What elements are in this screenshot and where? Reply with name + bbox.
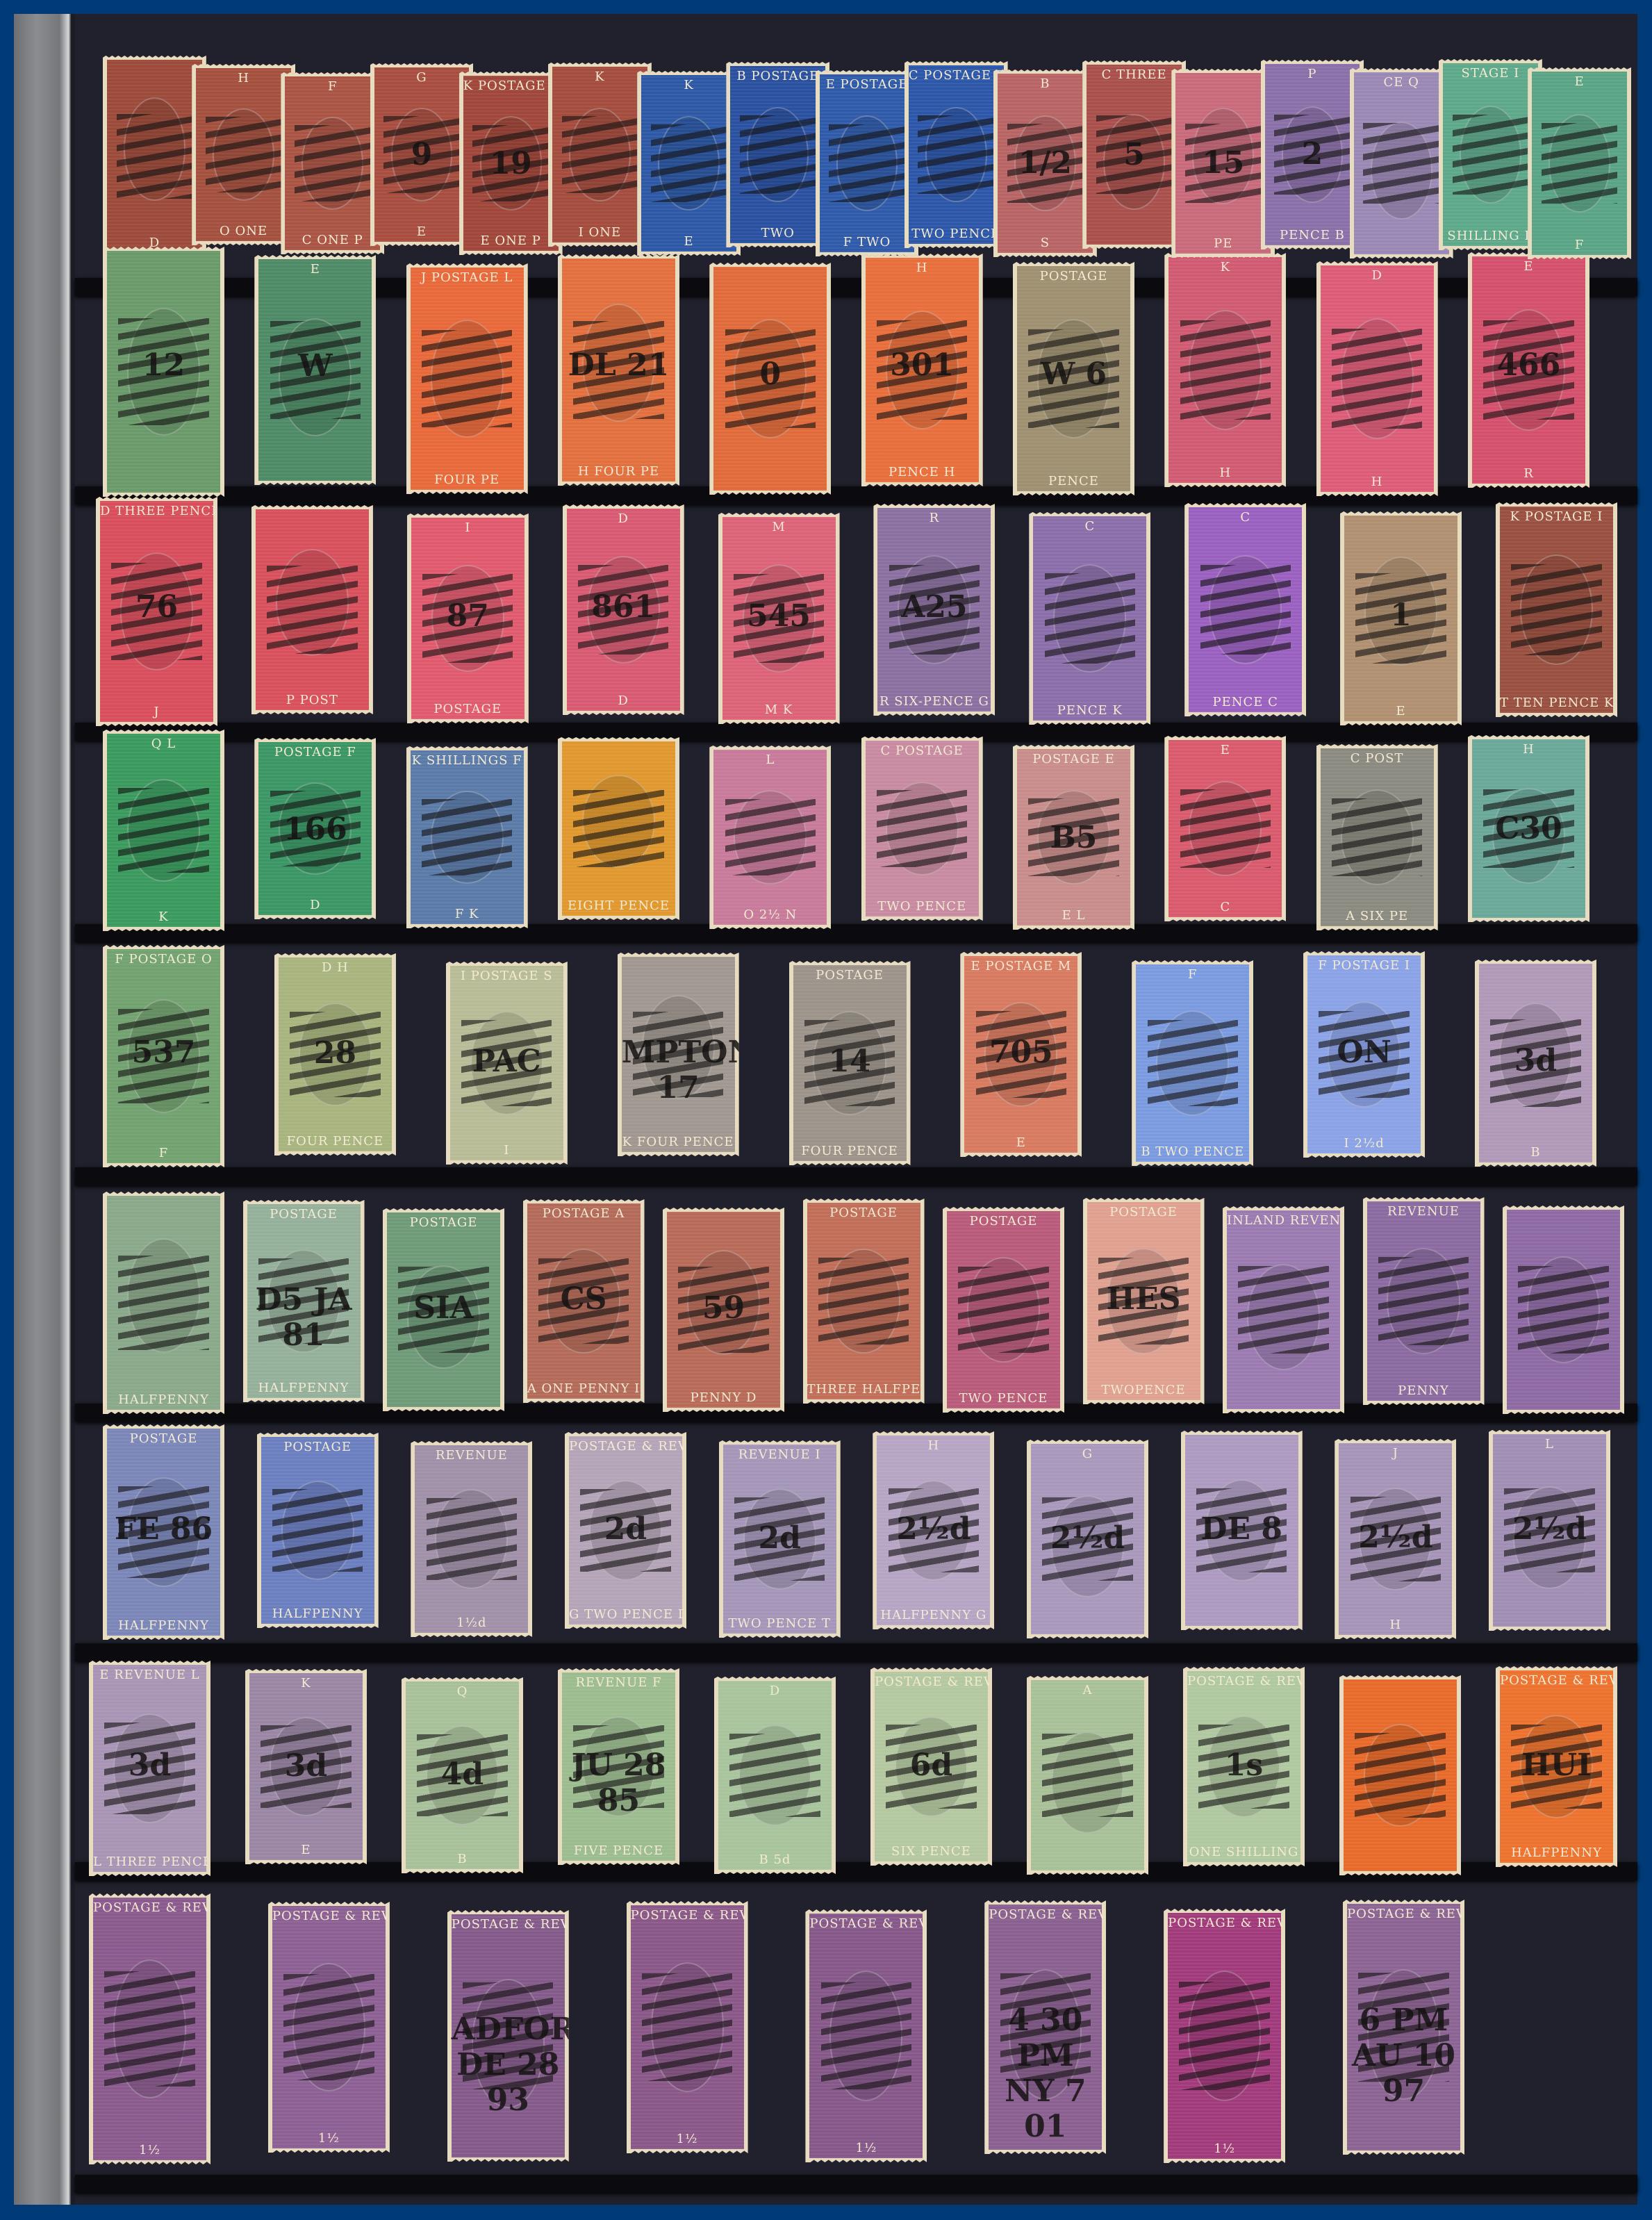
stamp-value-label: J bbox=[152, 702, 160, 722]
postmark-cancel bbox=[1378, 1257, 1469, 1345]
stamp: HHALFPENNY G2½d bbox=[873, 1431, 994, 1629]
stamp: POSTAGE & REVENUEADFORD DE 28 93 bbox=[447, 1910, 569, 2162]
postmark-number: 3d bbox=[1479, 1043, 1592, 1078]
stamp-top-label bbox=[1535, 964, 1537, 969]
postmark-cancel bbox=[283, 1974, 374, 2081]
postmark-cancel bbox=[1542, 123, 1617, 204]
stamp-top-label: B bbox=[1039, 74, 1051, 94]
stamp-value-label bbox=[1044, 2144, 1047, 2150]
stamp-value-label bbox=[1087, 1629, 1089, 1634]
stamp-top-label: A bbox=[1082, 1680, 1094, 1700]
postmark-number: 2½d bbox=[1339, 1520, 1452, 1555]
stamp-top-label: G bbox=[415, 67, 428, 88]
postmark-cancel bbox=[1453, 115, 1528, 195]
stamp: CPENCE C bbox=[1184, 503, 1306, 716]
stamp-value-label: 1½ bbox=[675, 2129, 700, 2149]
stamp-top-label: C POSTAGE B bbox=[907, 65, 1005, 85]
stamp: EIGHT PENCE bbox=[558, 737, 679, 920]
postmark-cancel bbox=[118, 788, 208, 873]
stamp: E1 bbox=[1340, 511, 1462, 725]
stamp-top-label: POSTAGE & REVENUE bbox=[873, 1672, 989, 1692]
stamp: E POSTAGE ME705 bbox=[960, 952, 1082, 1157]
stamp-top-label bbox=[163, 251, 165, 256]
stamp-top-label: C POST bbox=[1349, 748, 1405, 768]
stamp: EC bbox=[1164, 736, 1286, 921]
postmark-number: FE 86 bbox=[107, 1511, 220, 1547]
stamp-top-label bbox=[311, 509, 313, 515]
stamp-top-label: POSTAGE bbox=[129, 1429, 199, 1449]
postmark-cancel bbox=[1042, 1734, 1132, 1818]
stamp-top-label: POSTAGE & REVENUE bbox=[1166, 1913, 1282, 1933]
stamp-top-label: R bbox=[928, 508, 941, 528]
stamp: IPOSTAGE87 bbox=[407, 513, 529, 723]
stamp-value-label: 1½d bbox=[455, 1613, 488, 1633]
stamp: RR SIX-PENCE GA25 bbox=[873, 504, 995, 716]
stamp: POSTAGE & REVENUE1½ bbox=[805, 1909, 927, 2162]
stamp-top-label bbox=[1222, 73, 1225, 79]
stamp: C THREE5 bbox=[1082, 60, 1186, 249]
stamp: P POST bbox=[251, 505, 373, 714]
postmark-cancel bbox=[104, 1971, 195, 2087]
postmark-number: 0 bbox=[713, 356, 827, 392]
postmark-cancel bbox=[918, 115, 993, 194]
stamp-top-label: G bbox=[1081, 1444, 1094, 1464]
stamp-value-label: SIX PENCE bbox=[890, 1841, 973, 1861]
postmark-number: 14 bbox=[793, 1044, 907, 1079]
stamp-value-label: M K bbox=[763, 700, 795, 720]
stamp-value-label bbox=[314, 475, 317, 481]
stamp-value-label: PENNY bbox=[1396, 1381, 1451, 1401]
stamp-top-label: K POSTAGE I bbox=[1509, 507, 1605, 527]
stamp-top-label: J bbox=[1391, 1443, 1400, 1463]
stamp: EW bbox=[254, 255, 376, 485]
stamp: E POSTAGEF TWO bbox=[816, 70, 919, 256]
stamp-top-label bbox=[153, 60, 156, 65]
stamp: HC30 bbox=[1468, 735, 1589, 922]
stamp: POSTAGE & REVENUE6 PM AU 10 97 bbox=[1343, 1900, 1464, 2155]
postmark-number: A25 bbox=[877, 589, 991, 625]
stamp-value-label: TWOPENCE bbox=[1100, 1380, 1187, 1400]
stamp: J POSTAGE LFOUR PE bbox=[406, 263, 528, 494]
stamp: D THREE PENCE JJ76 bbox=[96, 497, 217, 726]
stamp: POSTAGE & REVENUEHALFPENNYHUI bbox=[1496, 1666, 1617, 1867]
stamp-value-label: I bbox=[502, 1140, 511, 1160]
stamp-top-label: POSTAGE & REVENUE bbox=[568, 1436, 684, 1456]
stamp-value-label: C ONE P bbox=[301, 230, 365, 250]
stamp-top-label: C THREE bbox=[1100, 65, 1168, 85]
stamp: I POSTAGE SIPAC bbox=[446, 962, 568, 1165]
stamp-value-label: B TWO PENCE bbox=[1139, 1142, 1246, 1162]
stock-strip-6 bbox=[75, 1404, 1637, 1422]
stamp-value-label: K bbox=[157, 907, 170, 927]
postmark-number: W 6 bbox=[1017, 356, 1130, 392]
stamp: C POSTAGE BTWO PENCE bbox=[905, 61, 1008, 248]
stamp-value-label: E bbox=[1395, 701, 1407, 721]
stamp-value-label: EIGHT PENCE bbox=[566, 896, 671, 916]
stamp-top-label: K bbox=[1219, 257, 1232, 277]
stamp: HO ONE bbox=[192, 64, 295, 245]
stamp: B3d bbox=[1475, 960, 1596, 1167]
postmark-number: 19 bbox=[463, 146, 559, 181]
postmark-cancel bbox=[1200, 565, 1291, 655]
postmark-cancel bbox=[427, 1498, 517, 1581]
stamp-value-label: HALFPENNY bbox=[257, 1378, 351, 1398]
postmark-number: 87 bbox=[411, 598, 524, 634]
stamp: B POSTAGETWO bbox=[726, 62, 829, 247]
postmark-number: ON bbox=[1307, 1035, 1421, 1070]
stamp-top-label bbox=[1240, 1435, 1243, 1440]
stamp-value-label: R bbox=[1522, 463, 1535, 484]
stamp-value-label: O ONE bbox=[218, 221, 269, 241]
stamp: POSTAGETWOPENCEHES bbox=[1083, 1198, 1205, 1404]
stamp bbox=[1503, 1206, 1624, 1414]
stamp: 0 bbox=[709, 263, 831, 495]
stamp-top-label: POSTAGE E bbox=[1031, 749, 1116, 769]
stamp-value-label: H bbox=[1370, 472, 1385, 492]
postmark-cancel bbox=[729, 1734, 820, 1817]
stamp-value-label: 1½ bbox=[317, 2128, 341, 2148]
stamp-top-label: POSTAGE & REVENUE bbox=[1186, 1671, 1302, 1691]
stamp: K SHILLINGS FF K bbox=[406, 746, 528, 928]
stamp-top-label: I POSTAGE S bbox=[459, 966, 554, 986]
postmark-number: MPTON 17 bbox=[622, 1035, 735, 1105]
stamp-value-label: I 2½d bbox=[1342, 1133, 1385, 1153]
stamp: 12 bbox=[103, 247, 224, 497]
postmark-number: C30 bbox=[1472, 811, 1585, 846]
postmark-number: 545 bbox=[722, 598, 836, 634]
stamp: JH2½d bbox=[1335, 1439, 1456, 1639]
stamp-value-label: 1½ bbox=[1212, 2139, 1237, 2159]
postmark-cancel bbox=[272, 1489, 363, 1571]
stamp-value-label: FOUR PENCE bbox=[800, 1141, 900, 1161]
stamp-value-label: HALFPENNY bbox=[271, 1604, 365, 1624]
stamp: QB4d bbox=[402, 1677, 523, 1873]
album-page: DHO ONEFC ONE PGE9K POSTAGE KE ONE P19KI… bbox=[75, 14, 1637, 2205]
stamp-value-label: T TEN PENCE K bbox=[1498, 693, 1614, 713]
stamp-value-label: A ONE PENNY I bbox=[526, 1379, 642, 1399]
stock-strip-5 bbox=[75, 1167, 1637, 1185]
postmark-cancel bbox=[642, 1973, 732, 2080]
stamp-top-label bbox=[1562, 1210, 1565, 1215]
stamp-value-label: 1½ bbox=[854, 2138, 878, 2158]
stamp-value-label: E ONE P bbox=[479, 231, 543, 251]
stamp-value-label bbox=[506, 2152, 509, 2157]
postmark-number: 2½d bbox=[1493, 1511, 1606, 1547]
stamp: POSTAGE AA ONE PENNY ICS bbox=[523, 1199, 645, 1403]
stamp-value-label: PENCE C bbox=[1212, 692, 1280, 712]
postmark-number: 705 bbox=[964, 1035, 1077, 1070]
stamp: POSTAGE & REVENUE1½ bbox=[1164, 1909, 1285, 2163]
postmark-cancel bbox=[422, 330, 512, 428]
stamp-value-label: P POST bbox=[285, 690, 340, 710]
postmark-number: 1 bbox=[1344, 598, 1457, 633]
postmark-cancel bbox=[562, 116, 638, 193]
stamp-value-label: D bbox=[308, 895, 322, 915]
postmark-number: 28 bbox=[279, 1035, 392, 1071]
stamp-top-label bbox=[163, 1196, 165, 1201]
stamp-top-label: CE Q bbox=[1382, 72, 1420, 92]
stamp-top-label: H bbox=[1521, 739, 1536, 759]
postmark-number: 166 bbox=[258, 812, 372, 847]
postmark-cancel bbox=[1332, 798, 1422, 877]
stamp: POSTAGE & REVENUEG TWO PENCE D2d bbox=[565, 1432, 686, 1629]
stock-strip-3 bbox=[75, 723, 1637, 741]
stamp-value-label: F TWO bbox=[842, 232, 892, 252]
postmark-number: 59 bbox=[667, 1290, 780, 1326]
stamp: GE9 bbox=[370, 63, 474, 246]
stamp-value-label: F bbox=[158, 1143, 170, 1163]
stamp: REVENUEPENNY bbox=[1363, 1197, 1485, 1405]
stamp: KH bbox=[1164, 253, 1286, 487]
stamp-top-label: POSTAGE & REVENUE bbox=[92, 1898, 208, 1918]
stamp-value-label: TWO PENCE bbox=[958, 1388, 1050, 1408]
stamp bbox=[1339, 1675, 1461, 1875]
stamp-value-label: TWO PENCE bbox=[876, 896, 968, 916]
stock-strip-7 bbox=[75, 1643, 1637, 1661]
postmark-cancel bbox=[1180, 320, 1271, 420]
stamp: DD861 bbox=[563, 504, 684, 715]
postmark-cancel bbox=[818, 1258, 909, 1345]
stamp: ER466 bbox=[1468, 252, 1589, 488]
stamp-value-label: PE bbox=[1212, 233, 1234, 254]
stamp: G2½d bbox=[1027, 1440, 1148, 1638]
stamp-top-label: REVENUE bbox=[434, 1445, 509, 1465]
postmark-number: 301 bbox=[866, 347, 979, 383]
stamp: H FOUR PEDL 21 bbox=[558, 254, 679, 486]
stamp-top-label: D THREE PENCE J bbox=[99, 501, 215, 521]
stamp: POSTAGEPENCEW 6 bbox=[1013, 262, 1134, 495]
postmark-number: 4d bbox=[406, 1757, 519, 1792]
stamp-top-label: F POSTAGE O bbox=[113, 949, 213, 969]
stamp: INLAND REVENUE bbox=[1223, 1206, 1344, 1413]
stamp-top-label: B POSTAGE bbox=[735, 66, 820, 86]
stamp-value-label: C bbox=[1219, 897, 1232, 917]
stamp-top-label: REVENUE bbox=[1386, 1201, 1461, 1222]
postmark-cancel bbox=[1332, 329, 1422, 428]
postmark-cancel bbox=[206, 117, 281, 193]
stamp-value-label: SHILLING L bbox=[1446, 226, 1535, 246]
stamp-value-label: POSTAGE bbox=[432, 699, 503, 719]
postmark-number: B5 bbox=[1017, 820, 1130, 855]
postmark-number: 6 PM AU 10 97 bbox=[1347, 2003, 1460, 2109]
stamp: POSTAGE & REVENUE1½ bbox=[268, 1902, 390, 2153]
stamp-top-label: POSTAGE bbox=[1108, 1202, 1179, 1222]
stamp: K POSTAGE KE ONE P19 bbox=[459, 72, 563, 255]
stamp-value-label: PENCE bbox=[1047, 471, 1100, 491]
stamp: REVENUE FFIVE PENCEJU 28 85 bbox=[558, 1668, 679, 1865]
stamp: POSTAGE & REVENUEONE SHILLING1s bbox=[1183, 1667, 1305, 1866]
stamp-top-label: F POSTAGE I bbox=[1316, 955, 1412, 976]
stamp: LO 2½ N bbox=[709, 746, 831, 929]
stamp: DE 8 bbox=[1181, 1431, 1303, 1630]
stamp-value-label: E bbox=[1015, 1133, 1027, 1153]
stamp-top-label: F bbox=[1187, 964, 1199, 985]
stamp: FB TWO PENCE bbox=[1132, 960, 1253, 1166]
stamp: E REVENUE LL THREE PENCE3d bbox=[89, 1661, 210, 1876]
stamp-value-label: E bbox=[683, 231, 695, 252]
stamp: BS1/2 bbox=[993, 69, 1097, 257]
stamp: EF bbox=[1528, 67, 1631, 259]
stamp-top-label: C POSTAGE bbox=[879, 741, 965, 761]
stamp: D HFOUR PENCE28 bbox=[274, 953, 396, 1156]
postmark-number: JU 28 85 bbox=[562, 1748, 675, 1818]
postmark-cancel bbox=[1511, 564, 1601, 655]
stamp: POSTAGE & REVENUE4 30 PM NY 7 01 bbox=[984, 1900, 1106, 2154]
stamp-top-label: K bbox=[299, 1673, 312, 1693]
postmark-number: 2½d bbox=[1031, 1520, 1144, 1556]
stamp-top-label: POSTAGE bbox=[408, 1212, 479, 1233]
stamp-top-label: E bbox=[1522, 256, 1535, 277]
stamp-top-label: E REVENUE L bbox=[98, 1665, 201, 1685]
stamp: REVENUE1½d bbox=[411, 1441, 532, 1637]
postmark-number: ADFORD DE 28 93 bbox=[452, 2012, 565, 2118]
stamp-top-label: REVENUE I bbox=[737, 1445, 823, 1465]
stamp-value-label bbox=[1240, 1620, 1243, 1626]
stamp-value-label: D bbox=[616, 691, 629, 711]
postmark-number: SIA bbox=[387, 1290, 500, 1326]
stamp-top-label: E bbox=[1219, 740, 1232, 760]
stamp-top-label bbox=[1400, 516, 1403, 521]
postmark-number: 5 bbox=[1087, 137, 1182, 172]
stamp-value-label: B 5d bbox=[758, 1850, 793, 1870]
stamp-top-label: POSTAGE & REVENUE bbox=[1346, 1904, 1462, 1924]
stamp: POSTAGE & REVENUESIX PENCE6d bbox=[870, 1668, 992, 1866]
postmark-number: 466 bbox=[1472, 347, 1585, 383]
stamp-top-label: INLAND REVENUE bbox=[1225, 1210, 1341, 1231]
postmark-cancel bbox=[1363, 123, 1439, 203]
postmark-number: 9 bbox=[374, 137, 470, 172]
postmark-number: W bbox=[258, 348, 372, 384]
stamp-top-label: POSTAGE F bbox=[273, 742, 358, 762]
stamp-value-label: FOUR PE bbox=[433, 470, 501, 490]
stamp: POSTAGETWO PENCE bbox=[943, 1207, 1064, 1413]
stamp: POSTAGE & REVENUE1½ bbox=[627, 1901, 748, 2153]
stamp-value-label: A SIX PE bbox=[1344, 906, 1410, 926]
stamp-top-label: M bbox=[770, 517, 786, 537]
stamp-value-label bbox=[769, 485, 772, 491]
stamp-top-label: E bbox=[309, 259, 322, 279]
stamp: DB 5d bbox=[714, 1677, 836, 1874]
postmark-number: 2d bbox=[569, 1511, 682, 1547]
postmark-cancel bbox=[1518, 1266, 1608, 1354]
stamp: CPENCE K bbox=[1029, 512, 1150, 725]
stamp: REVENUE ITWO PENCE T2d bbox=[719, 1440, 841, 1638]
stamp-top-label: POSTAGE & REVENUE bbox=[808, 1914, 924, 1934]
postmark-number: 3d bbox=[93, 1748, 206, 1783]
stamp: C POSTA SIX PE bbox=[1316, 744, 1438, 930]
stamp: POSTAGESIA bbox=[383, 1208, 504, 1411]
stamp-value-label: ONE SHILLING bbox=[1188, 1842, 1300, 1862]
stamp-value-label: HALFPENNY bbox=[117, 1615, 210, 1636]
stamp-value-label bbox=[163, 487, 165, 493]
postmark-cancel bbox=[829, 124, 905, 203]
postmark-number: 76 bbox=[100, 589, 213, 625]
stamp-top-label: H bbox=[236, 68, 251, 88]
postmark-number: 2d bbox=[723, 1520, 836, 1556]
postmark-number: PAC bbox=[450, 1044, 563, 1079]
stamp-top-label bbox=[618, 741, 620, 747]
postmark-number: D5 JA 81 bbox=[247, 1282, 361, 1353]
stamp-top-label bbox=[769, 267, 772, 272]
stamp-top-label bbox=[722, 1212, 725, 1217]
stamp-value-label bbox=[1562, 1404, 1565, 1410]
postmark-number: 12 bbox=[107, 347, 220, 383]
stamp-top-label: K bbox=[682, 75, 695, 95]
stamp: POSTAGEFOUR PENCE14 bbox=[789, 961, 911, 1165]
postmark-number: DE 8 bbox=[1185, 1511, 1298, 1547]
postmark-number: 537 bbox=[107, 1035, 220, 1070]
stamp-top-label: D bbox=[768, 1681, 782, 1701]
stamp-top-label: POSTAGE & REVENUE bbox=[629, 1905, 745, 1925]
postmark-number: 1/2 bbox=[998, 145, 1093, 181]
stamp: F POSTAGE II 2½dON bbox=[1303, 951, 1425, 1158]
stamp: STAGE ISHILLING L bbox=[1439, 59, 1542, 250]
stamp: L2½d bbox=[1489, 1430, 1610, 1631]
postmark-cancel bbox=[1238, 1266, 1328, 1354]
stamp-value-label: S bbox=[1039, 233, 1051, 253]
stamp-value-label: E bbox=[415, 222, 428, 242]
stamp-value-label: F K bbox=[454, 904, 481, 924]
postmark-cancel bbox=[725, 799, 816, 876]
stamp: KE bbox=[637, 71, 741, 256]
postmark-cancel bbox=[267, 566, 357, 654]
stamp-top-label: REVENUE F bbox=[574, 1672, 663, 1693]
stamp-value-label: H bbox=[1218, 463, 1232, 483]
stamp-top-label: POSTAGE & REVENUE bbox=[271, 1906, 387, 1926]
stamp-value-label: FOUR PENCE bbox=[286, 1131, 386, 1151]
postmark-number: 2 bbox=[1265, 136, 1360, 172]
postmark-cancel bbox=[877, 790, 967, 867]
postmark-cancel bbox=[651, 124, 727, 202]
stamp-top-label bbox=[677, 957, 679, 962]
stamp-value-label bbox=[1087, 1865, 1089, 1870]
stamp-value-label: HALFPENNY G bbox=[879, 1605, 988, 1625]
binding-strip bbox=[14, 14, 71, 2205]
stamp-top-label: POSTAGE bbox=[268, 1204, 339, 1224]
stamp-value-label: FIVE PENCE bbox=[572, 1841, 665, 1861]
stamp-top-label: C bbox=[1083, 516, 1096, 536]
stamp-top-label: POSTAGE bbox=[968, 1211, 1039, 1231]
stamp-value-label bbox=[1282, 1404, 1285, 1409]
postmark-cancel bbox=[1355, 1733, 1445, 1817]
stamp-value-label: TWO PENCE T bbox=[727, 1613, 832, 1634]
postmark-cancel bbox=[1180, 789, 1271, 867]
stamp: POSTAGEHALFPENNY bbox=[257, 1433, 379, 1628]
stamp-value-label: H bbox=[1388, 1615, 1403, 1635]
stamp-value-label bbox=[1548, 1621, 1551, 1627]
stamp: HPENCE H301 bbox=[861, 254, 983, 486]
stamp: POSTAGETHREE HALFPENCE bbox=[803, 1199, 925, 1404]
stamp-value-label: K FOUR PENCE bbox=[621, 1132, 736, 1152]
stamp-top-label: POSTAGE A bbox=[541, 1203, 626, 1224]
stamp-top-label: L bbox=[1544, 1434, 1555, 1454]
stamp-top-label: D bbox=[616, 509, 629, 529]
stamp-top-label: K POSTAGE K bbox=[462, 76, 560, 96]
stamp-value-label: I ONE bbox=[577, 222, 622, 242]
stamp-value-label: O 2½ N bbox=[742, 905, 798, 925]
stamp-value-label: 1½ bbox=[138, 2140, 162, 2160]
postmark-cancel bbox=[117, 114, 192, 199]
postmark-number: 15 bbox=[1175, 145, 1271, 181]
stamp-top-label: POSTAGE bbox=[1039, 266, 1109, 286]
stamp: PE15 bbox=[1171, 69, 1275, 258]
stamp: FC ONE P bbox=[281, 72, 384, 254]
stamp-value-label bbox=[443, 1401, 445, 1407]
postmark-cancel bbox=[295, 125, 370, 202]
stamp-top-label: Q bbox=[456, 1682, 470, 1702]
stamp-top-label: POSTAGE & REVENUE bbox=[450, 1914, 566, 1934]
stamp-top-label: H bbox=[926, 1436, 941, 1456]
